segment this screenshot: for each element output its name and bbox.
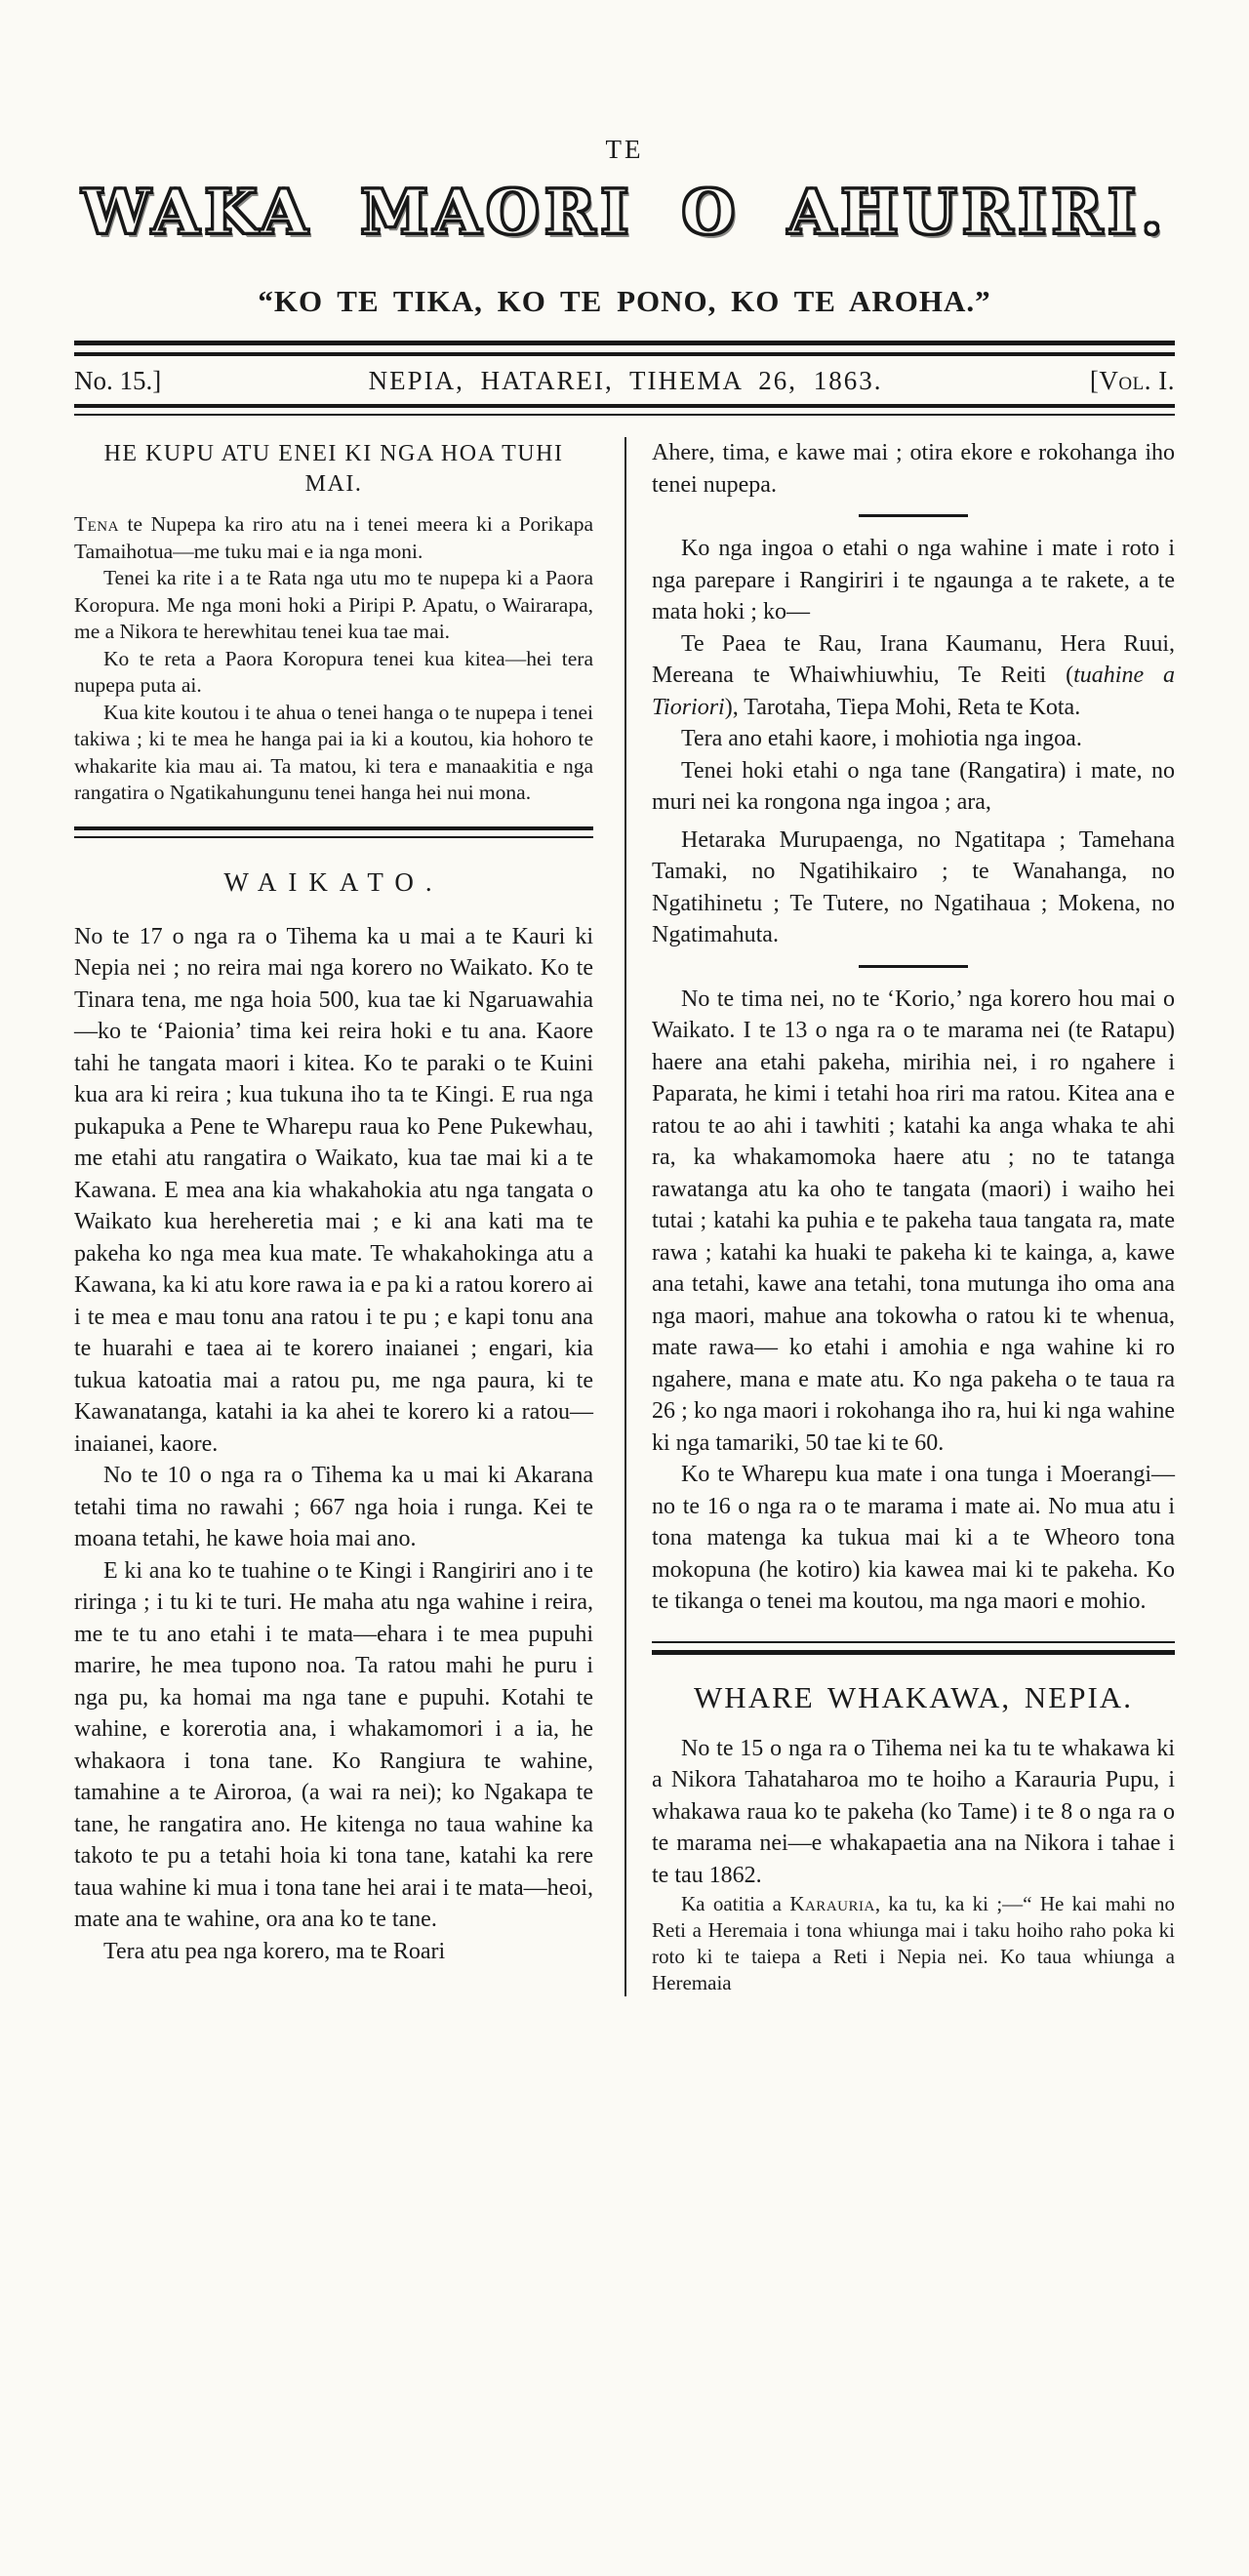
article-court-body: No te 15 o nga ra o Tihema nei ka tu te …: [652, 1733, 1175, 1892]
paragraph: No te 10 o nga ra o Tihema ka u mai ki A…: [74, 1460, 593, 1555]
masthead-title: WAKA MAORI O AHURIRI.: [74, 169, 1175, 255]
paragraph: Ko te reta a Paora Koropura tenei kua ki…: [74, 646, 593, 700]
waikato-continued-body: Ahere, tima, e kawe mai ; otira ekore e …: [652, 437, 1175, 1618]
masthead-motto: “KO TE TIKA, KO TE PONO, KO TE AROHA.”: [74, 284, 1175, 319]
left-column: HE KUPU ATU ENEI KI NGA HOA TUHI MAI. Te…: [74, 437, 593, 1996]
paragraph: Kua kite koutou i te ahua o tenei hanga …: [74, 700, 593, 807]
column-divider: [624, 437, 626, 1996]
paragraph-divider: [859, 514, 968, 517]
paragraph: Tera atu pea nga korero, ma te Roari: [74, 1936, 593, 1968]
paragraph-divider: [859, 965, 968, 968]
paragraph: No te 17 o nga ra o Tihema ka u mai a te…: [74, 921, 593, 1461]
dateline-row: No. 15.] NEPIA, HATAREI, TIHEMA 26, 1863…: [74, 366, 1175, 396]
paragraph: Hetaraka Murupaenga, no Ngatitapa ; Tame…: [652, 825, 1175, 951]
double-rule-top: [74, 341, 1175, 356]
article-heading-court: WHARE WHAKAWA, NEPIA.: [652, 1680, 1175, 1715]
paragraph: No te tima nei, no te ‘Korio,’ nga korer…: [652, 984, 1175, 1460]
paragraph: Ahere, tima, e kawe mai ; otira ekore e …: [652, 437, 1175, 501]
article-correspondents-body: Tena te Nupepa ka riro atu na i tenei me…: [74, 511, 593, 807]
lead-word: Tena: [74, 512, 119, 536]
section-divider: [652, 1641, 1175, 1655]
paragraph: Tena te Nupepa ka riro atu na i tenei me…: [74, 511, 593, 565]
witness-name: Karauria: [789, 1892, 875, 1915]
article-heading-waikato: WAIKATO.: [74, 867, 593, 898]
paragraph: Ko nga ingoa o etahi o nga wahine i mate…: [652, 533, 1175, 628]
paragraph: Tera ano etahi kaore, i mohiotia nga ing…: [652, 723, 1175, 755]
paragraph: Tenei ka rite i a te Rata nga utu mo te …: [74, 565, 593, 646]
paragraph: Ko te Wharepu kua mate i ona tunga i Moe…: [652, 1459, 1175, 1618]
article-waikato-body: No te 17 o nga ra o Tihema ka u mai a te…: [74, 921, 593, 1968]
article-court-testimony: Ka oatitia a Karauria, ka tu, ka ki ;—“ …: [652, 1891, 1175, 1996]
paragraph: Te Paea te Rau, Irana Kaumanu, Hera Ruui…: [652, 628, 1175, 724]
masthead-kicker: TE: [74, 135, 1175, 165]
place-date: NEPIA, HATAREI, TIHEMA 26, 1863.: [369, 366, 883, 396]
double-rule-under-dateline: [74, 404, 1175, 416]
paragraph: Tenei hoki etahi o nga tane (Rangatira) …: [652, 755, 1175, 819]
paragraph: No te 15 o nga ra o Tihema nei ka tu te …: [652, 1733, 1175, 1892]
paragraph: E ki ana ko te tuahine o te Kingi i Rang…: [74, 1555, 593, 1936]
issue-number: No. 15.]: [74, 366, 161, 396]
volume-number: [Vol. I.: [1090, 366, 1175, 396]
right-column: Ahere, tima, e kawe mai ; otira ekore e …: [652, 437, 1175, 1996]
newspaper-page: TE WAKA MAORI O AHURIRI. “KO TE TIKA, KO…: [0, 0, 1249, 2576]
column-layout: HE KUPU ATU ENEI KI NGA HOA TUHI MAI. Te…: [74, 437, 1175, 1996]
paragraph: Ka oatitia a Karauria, ka tu, ka ki ;—“ …: [652, 1891, 1175, 1996]
article-heading-correspondents: HE KUPU ATU ENEI KI NGA HOA TUHI MAI.: [74, 439, 593, 500]
section-divider: [74, 826, 593, 838]
